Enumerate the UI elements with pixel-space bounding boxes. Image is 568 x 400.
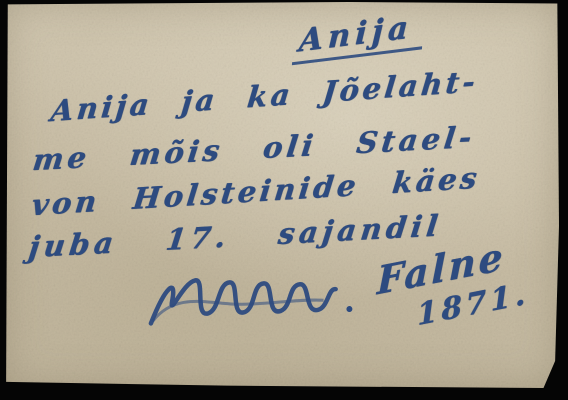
photo-background: Anija Anija ja ka Jõelaht- me mõis oli S… xyxy=(0,0,568,400)
note-card: Anija Anija ja ka Jõelaht- me mõis oli S… xyxy=(5,2,559,388)
note-line: Anija ja ka Jõelaht- xyxy=(49,64,480,128)
note-title: Anija xyxy=(292,8,424,66)
signature-scrawl xyxy=(143,258,372,335)
